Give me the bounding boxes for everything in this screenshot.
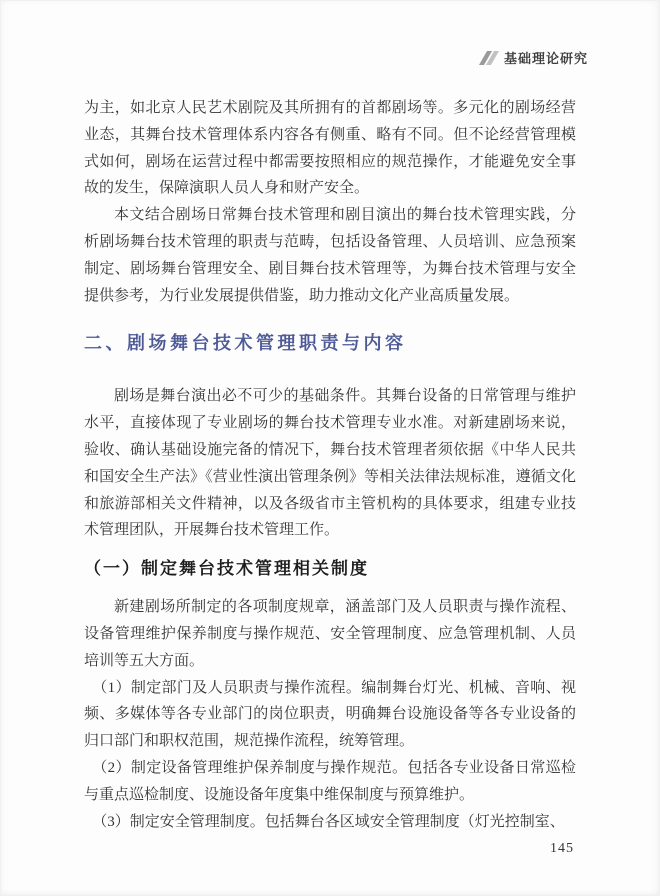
body-paragraph: 新建剧场所制定的各项制度规章，涵盖部门及人员职责与操作流程、设备管理维护保养制度… bbox=[84, 594, 576, 674]
section-heading: 二、剧场舞台技术管理职责与内容 bbox=[84, 330, 576, 356]
body-paragraph: 剧场是舞台演出必不可少的基础条件。其舞台设备的日常管理与维护水平，直接体现了专业… bbox=[84, 383, 576, 544]
page-content: 为主，如北京人民艺术剧院及其所拥有的首都剧场等。多元化的剧场经营业态，其舞台技术… bbox=[84, 95, 576, 835]
body-paragraph: 本文结合剧场日常舞台技术管理和剧目演出的舞台技术管理实践，分析剧场舞台技术管理的… bbox=[84, 202, 576, 309]
numbered-item-2: （2）制定设备管理维护保养制度与操作规范。包括各专业设备日常巡检与重点巡检制度、… bbox=[84, 755, 576, 809]
header-section-label: 基础理论研究 bbox=[504, 48, 588, 67]
numbered-item-3: （3）制定安全管理制度。包括舞台各区域安全管理制度（灯光控制室、 bbox=[84, 809, 576, 836]
subsection-heading: （一）制定舞台技术管理相关制度 bbox=[84, 556, 576, 581]
numbered-item-1: （1）制定部门及人员职责与操作流程。编制舞台灯光、机械、音响、视频、多媒体等各专… bbox=[84, 675, 576, 755]
document-page: 基础理论研究 为主，如北京人民艺术剧院及其所拥有的首都剧场等。多元化的剧场经营业… bbox=[0, 0, 660, 896]
double-slash-icon bbox=[480, 50, 497, 66]
body-paragraph-continuation: 为主，如北京人民艺术剧院及其所拥有的首都剧场等。多元化的剧场经营业态，其舞台技术… bbox=[84, 95, 576, 202]
page-number: 145 bbox=[550, 841, 574, 857]
page-header: 基础理论研究 bbox=[480, 48, 588, 67]
